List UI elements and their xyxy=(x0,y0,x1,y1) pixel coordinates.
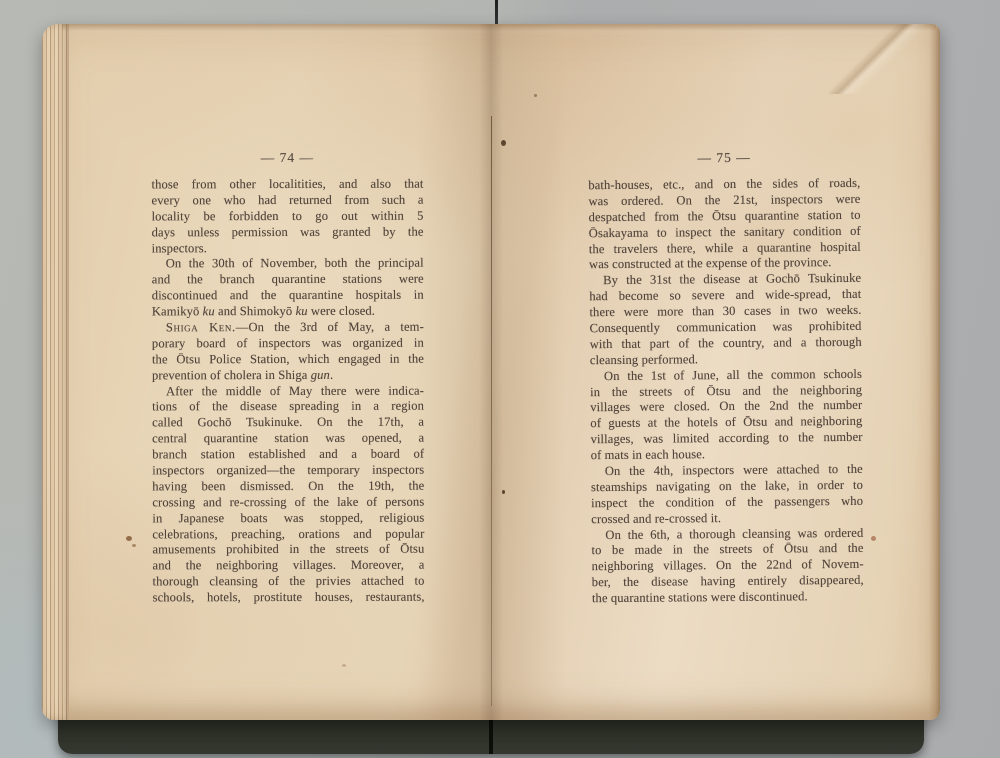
text-line: Shiga Ken.—On the 3rd of May, a tem- xyxy=(152,320,424,337)
text-line: every one who had returned from such a xyxy=(152,193,424,210)
cover-gutter-gap xyxy=(489,716,493,754)
text-line: central quarantine station was opened, a xyxy=(152,431,424,448)
text-line: After the middle of May there were indic… xyxy=(152,383,424,400)
text-line: those from other localitities, and also … xyxy=(151,177,423,194)
stitch-hole xyxy=(502,490,505,494)
corner-fold-crease xyxy=(812,24,932,94)
text-line: with that part of the country, and a tho… xyxy=(590,335,862,353)
gutter-crease xyxy=(491,116,492,706)
page-lines: those from other localitities, and also … xyxy=(151,177,424,607)
page-lines: bath-houses, etc., and on the sides of r… xyxy=(588,176,864,607)
text-line: Kamikyō ku and Shimokyō ku were closed. xyxy=(152,304,424,321)
text-line: schools, hotels, prostitute houses, rest… xyxy=(153,590,425,607)
text-line: discontinued and the quarantine hospital… xyxy=(152,288,424,305)
text-line: locality be forbidden to go out within 5 xyxy=(152,208,424,225)
text-line: prevention of cholera in Shiga gun. xyxy=(152,367,424,384)
page-spread: — 74 — those from other localitities, an… xyxy=(42,24,940,720)
text-line: and the neighboring villages. Moreover, … xyxy=(152,558,424,575)
text-line: inspectors. xyxy=(152,240,424,257)
stain-spot xyxy=(871,536,876,541)
text-line: thorough cleansing of the privies attach… xyxy=(153,574,425,591)
book: — 74 — those from other localitities, an… xyxy=(42,24,940,754)
text-line: having been dismissed. On the 19th, the xyxy=(152,479,424,496)
stitch-hole xyxy=(501,140,506,146)
page-number-left: — 74 — xyxy=(151,150,423,171)
text-line: Ōsakayama to inspect the sanitary condit… xyxy=(589,223,861,241)
text-line: days unless permission was granted by th… xyxy=(152,224,424,241)
text-line: On the 30th of November, both the princi… xyxy=(152,256,424,273)
text-line: despatched from the Ōtsu quarantine stat… xyxy=(589,208,861,226)
text-line: ber, the disease having entirely disappe… xyxy=(592,573,864,591)
text-line: branch station established and a board o… xyxy=(152,447,424,464)
book-page-right: — 75 — bath-houses, etc., and on the sid… xyxy=(588,149,864,607)
text-line: the quarantine stations were discontinue… xyxy=(592,589,864,607)
text-line: amusements prohibited in the streets of … xyxy=(152,542,424,559)
text-line: inspectors organized—the temporary inspe… xyxy=(152,463,424,480)
text-line: celebrations, preaching, orations and po… xyxy=(152,526,424,543)
text-line: in Japanese boats was stopped, religious xyxy=(152,510,424,527)
text-line: crossing and re-crossing of the lake of … xyxy=(152,494,424,511)
stain-spot xyxy=(126,536,132,541)
text-line: tions of the disease spreading in a regi… xyxy=(152,399,424,416)
book-page-left: — 74 — those from other localitities, an… xyxy=(151,150,424,607)
page-number-right: — 75 — xyxy=(588,149,860,171)
stain-spot xyxy=(342,664,346,667)
text-line: and the branch quarantine stations were xyxy=(152,272,424,289)
text-line: On the 1st of June, all the common schoo… xyxy=(590,367,862,385)
text-line: the Ōtsu Police Station, which engaged i… xyxy=(152,351,424,368)
page-edges-left xyxy=(42,24,69,720)
stain-spot xyxy=(534,94,537,97)
text-line: porary board of inspectors was organized… xyxy=(152,336,424,353)
text-line: inspect the condition of the passengers … xyxy=(591,494,863,512)
page-edge-right xyxy=(929,24,940,720)
text-line: called Gochō Tsukinuke. On the 17th, a xyxy=(152,415,424,432)
text-line: villages, was limited according to the n… xyxy=(590,430,862,448)
